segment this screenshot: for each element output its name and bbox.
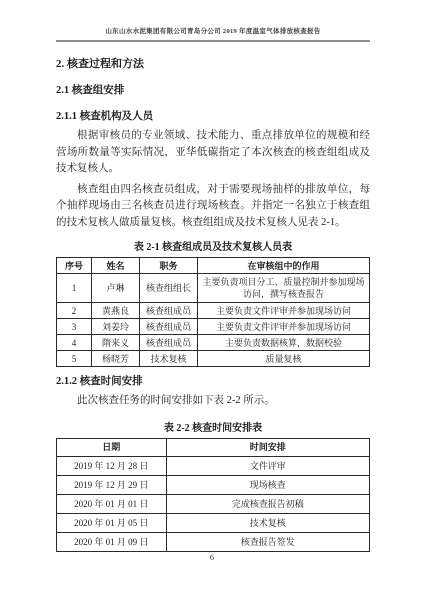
- table-2-1-caption: 表 2-1 核查组成员及技术复核人员表: [56, 238, 370, 253]
- table-row: 2020 年 01 月 01 日 完成核查报告初稿: [57, 494, 370, 513]
- col-header-duty: 在审核组中的作用: [198, 258, 370, 274]
- table-cell: 主要负责项目分工、质量控制并参加现场访问，撰写核查报告: [198, 274, 370, 303]
- table-cell: 2020 年 01 月 09 日: [57, 532, 167, 551]
- section-heading-2-1: 2.1 核查组安排: [56, 82, 370, 97]
- table-cell: 核查组成员: [140, 303, 198, 319]
- table-cell: 1: [57, 274, 92, 303]
- table-cell: 主要负责数据核算，数据校验: [198, 335, 370, 351]
- col-header-role: 职务: [140, 258, 198, 274]
- table-cell: 2: [57, 303, 92, 319]
- table-row: 4 隋来义 核查组成员 主要负责数据核算，数据校验: [57, 335, 370, 351]
- table-cell: 核查组成员: [140, 335, 198, 351]
- col-header-arrangement: 时间安排: [166, 438, 369, 456]
- section-heading-2-1-1: 2.1.1 核查机构及人员: [56, 108, 370, 123]
- section-heading-2-1-2: 2.1.2 核查时间安排: [56, 373, 370, 388]
- table-row: 5 杨晓芳 技术复核 质量复核: [57, 351, 370, 367]
- table-cell: 主要负责文件评审并参加现场访问: [198, 303, 370, 319]
- schedule-table: 日期 时间安排 2019 年 12 月 28 日 文件评审 2019 年 12 …: [56, 438, 370, 552]
- table-2-2-caption: 表 2-2 核查时间安排表: [56, 419, 370, 434]
- table-cell: 核查报告签发: [166, 532, 369, 551]
- table-cell: 质量复核: [198, 351, 370, 367]
- table-row: 1 卢琳 核查组组长 主要负责项目分工、质量控制并参加现场访问，撰写核查报告: [57, 274, 370, 303]
- paragraph-team-basis: 根据审核员的专业领域、技术能力、重点排放单位的规模和经营场所数量等实际情况，亚华…: [56, 128, 370, 178]
- paragraph-schedule-intro: 此次核查任务的时间安排如下表 2-2 所示。: [56, 393, 370, 410]
- table-cell: 2019 年 12 月 29 日: [57, 475, 167, 494]
- table-row: 2020 年 01 月 09 日 核查报告签发: [57, 532, 370, 551]
- page-number: 6: [0, 552, 424, 562]
- table-cell: 4: [57, 335, 92, 351]
- table-cell: 核查组成员: [140, 319, 198, 335]
- table-cell: 2019 年 12 月 28 日: [57, 456, 167, 475]
- table-cell: 技术复核: [166, 513, 369, 532]
- section-heading-2: 2. 核查过程和方法: [56, 55, 370, 71]
- table-cell: 5: [57, 351, 92, 367]
- page-content: 山东山水水泥集团有限公司青岛分公司 2019 年度温室气体排放核查报告 2. 核…: [0, 0, 424, 552]
- table-cell: 2020 年 01 月 05 日: [57, 513, 167, 532]
- table-cell: 文件评审: [166, 456, 369, 475]
- col-header-name: 姓名: [92, 258, 140, 274]
- table-row: 2019 年 12 月 29 日 现场核查: [57, 475, 370, 494]
- table-cell: 核查组组长: [140, 274, 198, 303]
- table-cell: 3: [57, 319, 92, 335]
- table-cell: 现场核查: [166, 475, 369, 494]
- table-cell: 主要负责文件评审并参加现场访问: [198, 319, 370, 335]
- document-page: 山东山水水泥集团有限公司青岛分公司 2019 年度温室气体排放核查报告 2. 核…: [0, 0, 424, 600]
- col-header-seq: 序号: [57, 258, 92, 274]
- verification-team-table: 序号 姓名 职务 在审核组中的作用 1 卢琳 核查组组长 主要负责项目分工、质量…: [56, 257, 370, 367]
- table-cell: 卢琳: [92, 274, 140, 303]
- table-cell: 完成核查报告初稿: [166, 494, 369, 513]
- table-cell: 2020 年 01 月 01 日: [57, 494, 167, 513]
- table-cell: 刘姜玲: [92, 319, 140, 335]
- table-row: 2020 年 01 月 05 日 技术复核: [57, 513, 370, 532]
- table-header-row: 序号 姓名 职务 在审核组中的作用: [57, 258, 370, 274]
- table-cell: 技术复核: [140, 351, 198, 367]
- table-header-row: 日期 时间安排: [57, 438, 370, 456]
- table-row: 2 黄燕良 核查组成员 主要负责文件评审并参加现场访问: [57, 303, 370, 319]
- col-header-date: 日期: [57, 438, 167, 456]
- table-row: 3 刘姜玲 核查组成员 主要负责文件评审并参加现场访问: [57, 319, 370, 335]
- table-cell: 黄燕良: [92, 303, 140, 319]
- table-cell: 杨晓芳: [92, 351, 140, 367]
- table-row: 2019 年 12 月 28 日 文件评审: [57, 456, 370, 475]
- running-header: 山东山水水泥集团有限公司青岛分公司 2019 年度温室气体排放核查报告: [56, 26, 370, 42]
- paragraph-team-composition: 核查组由四名核查员组成，对于需要现场抽样的排放单位，每个抽样现场由三名核查员进行…: [56, 182, 370, 232]
- table-cell: 隋来义: [92, 335, 140, 351]
